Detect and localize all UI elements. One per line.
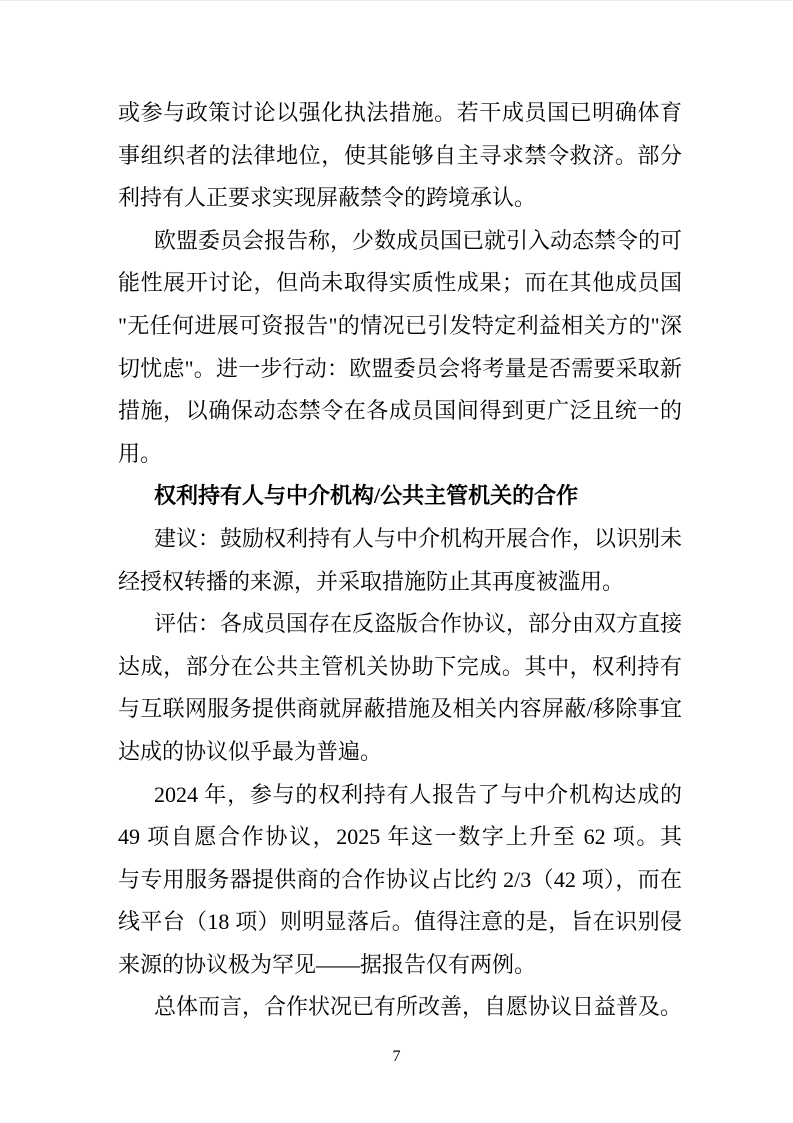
text-line: 措施，以确保动态禁令在各成员国间得到更广泛且统一的应 [118, 390, 682, 433]
text-line: 能性展开讨论，但尚未取得实质性成果；而在其他成员国中， [118, 262, 682, 305]
document-page: 或参与政策讨论以强化执法措施。若干成员国已明确体育赛事组织者的法律地位，使其能够… [0, 0, 793, 1123]
text-line: 建议：鼓励权利持有人与中介机构开展合作，以识别未 [118, 518, 682, 561]
text-line: 来源的协议极为罕见——据报告仅有两例。 [118, 944, 682, 987]
text-line: 切忧虑"。进一步行动：欧盟委员会将考量是否需要采取新的 [118, 348, 682, 391]
text-line: 总体而言，合作状况已有所改善，自愿协议日益普及。 [118, 986, 682, 1029]
text-line: 评估：各成员国存在反盗版合作协议，部分由双方直接 [118, 603, 682, 646]
text-line: 线平台（18 项）则明显落后。值得注意的是，旨在识别侵权 [118, 901, 682, 944]
text-line: "无任何进展可资报告"的情况已引发特定利益相关方的"深 [118, 305, 682, 348]
text-line: 事组织者的法律地位，使其能够自主寻求禁令救济。部分权 [118, 135, 682, 178]
text-line: 欧盟委员会报告称，少数成员国已就引入动态禁令的可 [118, 220, 682, 263]
text-line: 2024 年，参与的权利持有人报告了与中介机构达成的 [118, 774, 682, 817]
text-line: 或参与政策讨论以强化执法措施。若干成员国已明确体育赛 [118, 92, 682, 135]
text-line: 与互联网服务提供商就屏蔽措施及相关内容屏蔽/移除事宜 [118, 688, 682, 731]
text-line: 经授权转播的来源，并采取措施防止其再度被滥用。 [118, 561, 682, 604]
text-block: 或参与政策讨论以强化执法措施。若干成员国已明确体育赛事组织者的法律地位，使其能够… [118, 92, 682, 1029]
text-line: 利持有人正要求实现屏蔽禁令的跨境承认。 [118, 177, 682, 220]
page-number: 7 [0, 1047, 793, 1067]
text-line: 达成的协议似乎最为普遍。 [118, 731, 682, 774]
text-line: 达成，部分在公共主管机关协助下完成。其中，权利持有人 [118, 646, 682, 689]
text-line: 49 项自愿合作协议，2025 年这一数字上升至 62 项。其中， [118, 816, 682, 859]
section-heading: 权利持有人与中介机构/公共主管机关的合作 [118, 475, 682, 518]
text-line: 与专用服务器提供商的合作协议占比约 2/3（42 项），而在 [118, 859, 682, 902]
text-line: 用。 [118, 433, 682, 476]
